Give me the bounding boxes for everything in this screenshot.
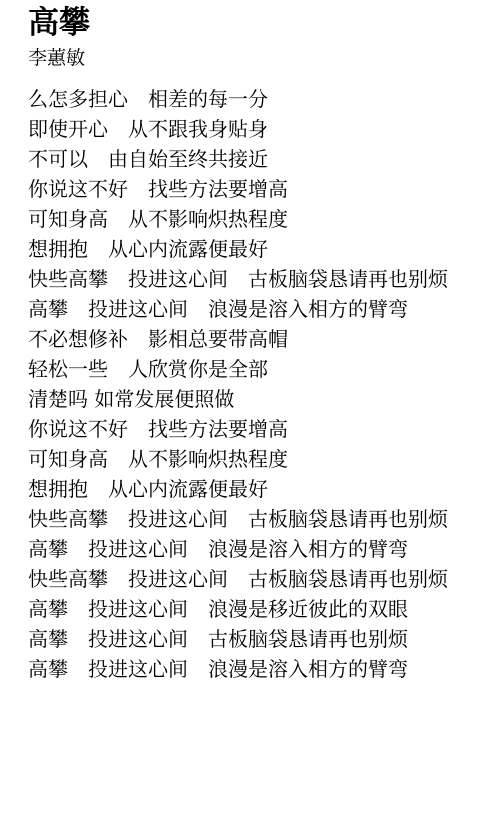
- lyric-line: 不可以 由自始至终共接近: [28, 144, 482, 174]
- song-artist: 李蕙敏: [28, 47, 482, 70]
- lyric-line: 清楚吗 如常发展便照做: [28, 384, 482, 414]
- lyrics-body: 么怎多担心 相差的每一分 即使开心 从不跟我身贴身 不可以 由自始至终共接近 你…: [28, 84, 482, 684]
- lyric-line: 不必想修补 影相总要带高帽: [28, 324, 482, 354]
- lyric-line: 可知身高 从不影响炽热程度: [28, 444, 482, 474]
- lyric-line: 轻松一些 人欣赏你是全部: [28, 354, 482, 384]
- lyric-line: 么怎多担心 相差的每一分: [28, 84, 482, 114]
- lyrics-page: 高攀 李蕙敏 么怎多担心 相差的每一分 即使开心 从不跟我身贴身 不可以 由自始…: [0, 0, 500, 820]
- song-title: 高攀: [28, 6, 482, 42]
- lyric-line: 高攀 投进这心间 浪漫是移近彼此的双眼: [28, 594, 482, 624]
- lyric-line: 可知身高 从不影响炽热程度: [28, 204, 482, 234]
- lyric-line: 想拥抱 从心内流露便最好: [28, 474, 482, 504]
- lyric-line: 快些高攀 投进这心间 古板脑袋恳请再也别烦: [28, 264, 482, 294]
- lyric-line: 想拥抱 从心内流露便最好: [28, 234, 482, 264]
- lyric-line: 即使开心 从不跟我身贴身: [28, 114, 482, 144]
- lyric-line: 你说这不好 找些方法要增高: [28, 414, 482, 444]
- lyric-line: 高攀 投进这心间 古板脑袋恳请再也别烦: [28, 624, 482, 654]
- lyric-line: 你说这不好 找些方法要增高: [28, 174, 482, 204]
- lyric-line: 高攀 投进这心间 浪漫是溶入相方的臂弯: [28, 534, 482, 564]
- lyric-line: 快些高攀 投进这心间 古板脑袋恳请再也别烦: [28, 504, 482, 534]
- lyric-line: 快些高攀 投进这心间 古板脑袋恳请再也别烦: [28, 564, 482, 594]
- lyric-line: 高攀 投进这心间 浪漫是溶入相方的臂弯: [28, 654, 482, 684]
- lyric-line: 高攀 投进这心间 浪漫是溶入相方的臂弯: [28, 294, 482, 324]
